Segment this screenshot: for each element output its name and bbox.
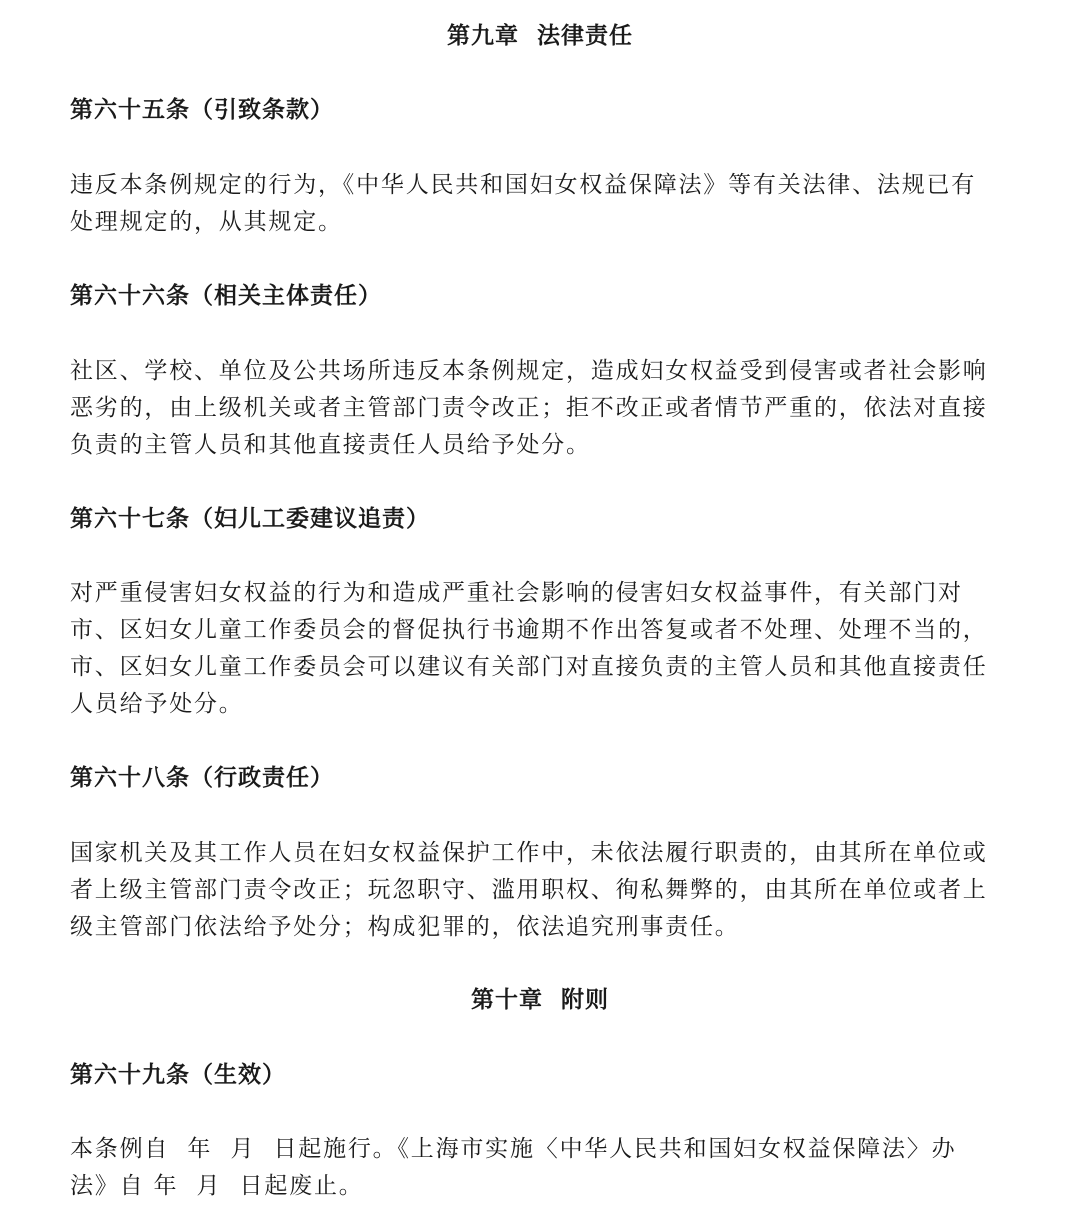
chapter-10-title: 第十章 附则 — [0, 985, 1080, 1015]
article-65-line-2: 处理规定的，从其规定。 — [70, 204, 1010, 241]
article-67-line-1: 对严重侵害妇女权益的行为和造成严重社会影响的侵害妇女权益事件，有关部门对 — [70, 575, 1010, 612]
article-69-title: 第六十九条（生效） — [70, 1060, 286, 1090]
article-67-body: 对严重侵害妇女权益的行为和造成严重社会影响的侵害妇女权益事件，有关部门对 市、区… — [70, 575, 1010, 723]
chapter-9-title: 第九章 法律责任 — [0, 21, 1080, 51]
article-66-line-3: 负责的主管人员和其他直接责任人员给予处分。 — [70, 427, 1010, 464]
article-65-title: 第六十五条（引致条款） — [70, 95, 334, 125]
article-67-line-4: 人员给予处分。 — [70, 686, 1010, 723]
article-68-line-3: 级主管部门依法给予处分；构成犯罪的，依法追究刑事责任。 — [70, 909, 1010, 946]
article-66-line-2: 恶劣的，由上级机关或者主管部门责令改正；拒不改正或者情节严重的，依法对直接 — [70, 390, 1010, 427]
article-69-line-1: 本条例自 年 月 日起施行。《上海市实施〈中华人民共和国妇女权益保障法〉办 — [70, 1131, 1010, 1168]
article-67-line-3: 市、区妇女儿童工作委员会可以建议有关部门对直接负责的主管人员和其他直接责任 — [70, 649, 1010, 686]
article-65-body: 违反本条例规定的行为，《中华人民共和国妇女权益保障法》等有关法律、法规已有 处理… — [70, 167, 1010, 241]
article-65-line-1: 违反本条例规定的行为，《中华人民共和国妇女权益保障法》等有关法律、法规已有 — [70, 167, 1010, 204]
article-67-line-2: 市、区妇女儿童工作委员会的督促执行书逾期不作出答复或者不处理、处理不当的， — [70, 612, 1010, 649]
article-69-body: 本条例自 年 月 日起施行。《上海市实施〈中华人民共和国妇女权益保障法〉办 法》… — [70, 1131, 1010, 1205]
article-68-line-2: 者上级主管部门责令改正；玩忽职守、滥用职权、徇私舞弊的，由其所在单位或者上 — [70, 872, 1010, 909]
article-68-title: 第六十八条（行政责任） — [70, 763, 334, 793]
article-66-line-1: 社区、学校、单位及公共场所违反本条例规定，造成妇女权益受到侵害或者社会影响 — [70, 353, 1010, 390]
article-66-title: 第六十六条（相关主体责任） — [70, 281, 382, 311]
article-69-line-2: 法》自 年 月 日起废止。 — [70, 1168, 1010, 1205]
article-68-line-1: 国家机关及其工作人员在妇女权益保护工作中，未依法履行职责的，由其所在单位或 — [70, 835, 1010, 872]
article-68-body: 国家机关及其工作人员在妇女权益保护工作中，未依法履行职责的，由其所在单位或 者上… — [70, 835, 1010, 946]
article-67-title: 第六十七条（妇儿工委建议追责） — [70, 504, 430, 534]
article-66-body: 社区、学校、单位及公共场所违反本条例规定，造成妇女权益受到侵害或者社会影响 恶劣… — [70, 353, 1010, 464]
